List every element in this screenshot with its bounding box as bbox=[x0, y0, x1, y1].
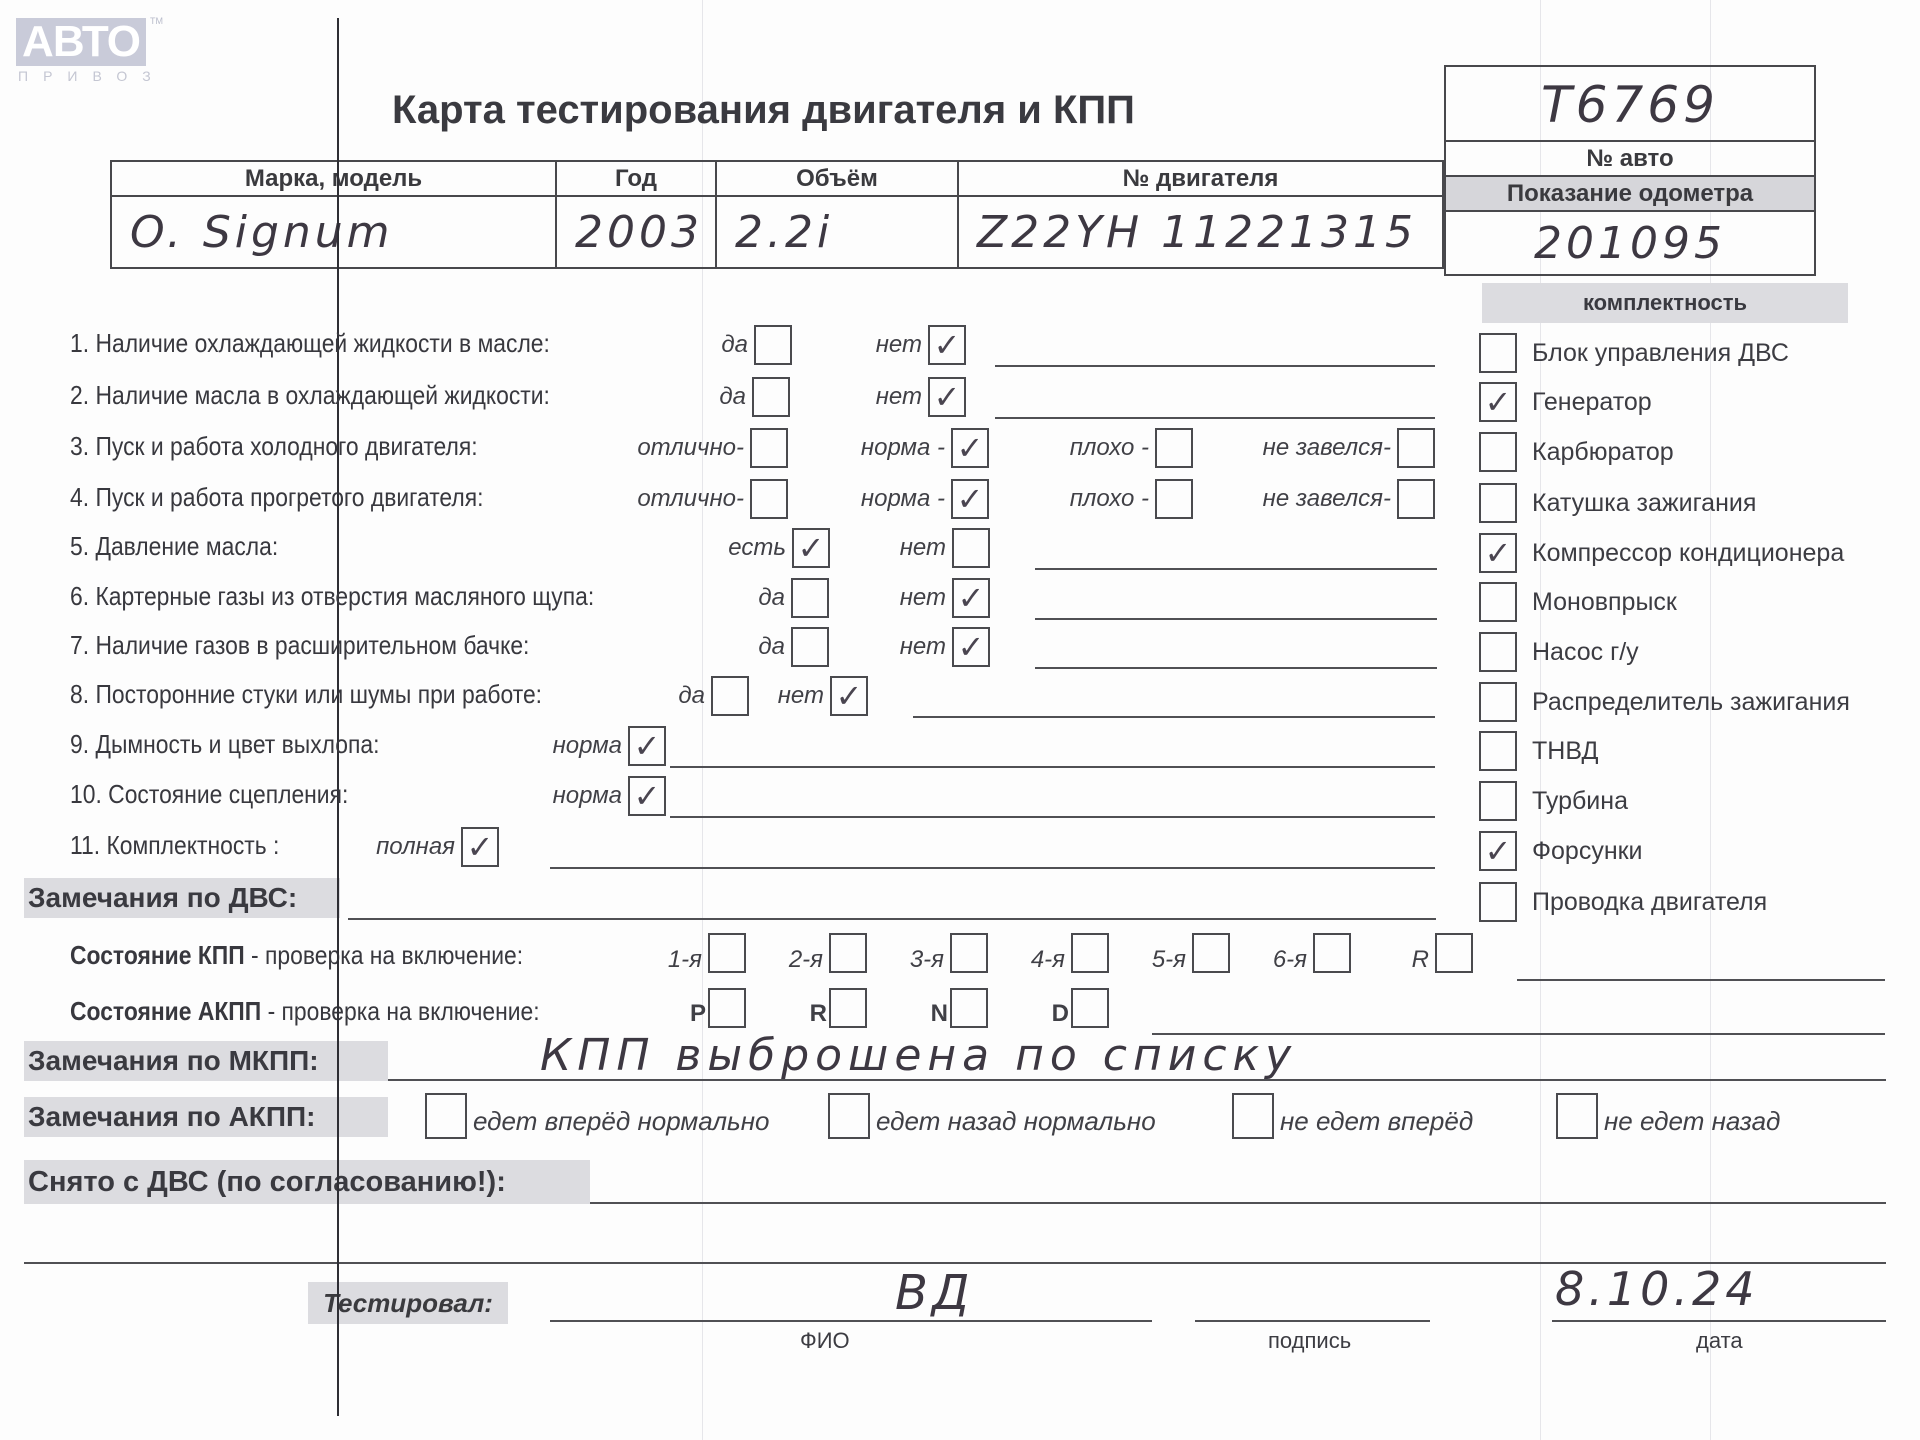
completeness-item-label: ТНВД bbox=[1532, 737, 1598, 766]
manual-remarks-line bbox=[388, 1079, 1886, 1081]
completeness-checkbox[interactable] bbox=[1479, 582, 1517, 622]
option-label: норма - bbox=[861, 434, 945, 462]
option-label: да bbox=[721, 331, 748, 359]
completeness-checkbox[interactable]: ✓ bbox=[1479, 382, 1517, 422]
engine-remarks-line[interactable] bbox=[348, 918, 1436, 920]
gear-checkbox[interactable] bbox=[1435, 933, 1473, 973]
option-checkbox[interactable]: ✓ bbox=[952, 627, 990, 667]
gear-label: 4-я bbox=[1031, 946, 1065, 974]
option-label: нет bbox=[900, 534, 946, 562]
gear-checkbox[interactable] bbox=[1313, 933, 1351, 973]
question-number: 5. bbox=[70, 531, 95, 561]
check-icon: ✓ bbox=[957, 429, 984, 467]
gear-label: D bbox=[1052, 1000, 1069, 1028]
gear-label: 3-я bbox=[910, 946, 944, 974]
manual-remarks-label: Замечания по МКПП: bbox=[24, 1041, 388, 1081]
question-label: 10. Состояние сцепления: bbox=[70, 779, 348, 810]
completeness-item-label: Распределитель зажигания bbox=[1532, 688, 1850, 717]
header-year: Год bbox=[556, 161, 716, 196]
completeness-item-label: Форсунки bbox=[1532, 837, 1643, 866]
question-number: 3. bbox=[70, 431, 95, 461]
logo-trademark: TM bbox=[150, 16, 163, 26]
option-label: отлично- bbox=[637, 485, 744, 513]
option-checkbox[interactable]: ✓ bbox=[951, 428, 989, 468]
question-number: 4. bbox=[70, 482, 95, 512]
auto-remark-checkbox[interactable] bbox=[828, 1093, 870, 1139]
gear-label: R bbox=[810, 1000, 827, 1028]
auto-remark-label: едет назад нормально bbox=[876, 1106, 1156, 1137]
completeness-item-label: Катушка зажигания bbox=[1532, 489, 1756, 518]
question-text: Наличие масла в охлаждающей жидкости: bbox=[95, 380, 549, 410]
question-number: 2. bbox=[70, 380, 95, 410]
option-label: плохо - bbox=[1070, 485, 1149, 513]
completeness-title: комплектность bbox=[1482, 283, 1848, 323]
option-label: не завелся- bbox=[1263, 485, 1391, 513]
question-text: Состояние сцепления: bbox=[108, 779, 348, 809]
page-title: Карта тестирования двигателя и КПП bbox=[392, 88, 1135, 133]
comment-line[interactable] bbox=[670, 816, 1435, 818]
option-checkbox[interactable] bbox=[711, 676, 749, 716]
question-text: Пуск и работа холодного двигателя: bbox=[95, 431, 477, 461]
option-label: нет bbox=[876, 331, 922, 359]
option-checkbox[interactable]: ✓ bbox=[628, 726, 666, 766]
gear-label: 2-я bbox=[789, 946, 823, 974]
option-label: не завелся- bbox=[1263, 434, 1391, 462]
signature-caption: подпись bbox=[1268, 1328, 1351, 1354]
gear-checkbox[interactable] bbox=[950, 988, 988, 1028]
comment-line[interactable] bbox=[670, 766, 1435, 768]
option-checkbox[interactable]: ✓ bbox=[928, 377, 966, 417]
option-label: плохо - bbox=[1070, 434, 1149, 462]
option-label: нет bbox=[900, 584, 946, 612]
question-label: 5. Давление масла: bbox=[70, 531, 278, 562]
option-checkbox[interactable] bbox=[1397, 479, 1435, 519]
tester-name-caption: ФИО bbox=[800, 1328, 850, 1354]
comment-line[interactable] bbox=[913, 716, 1435, 718]
completeness-item-label: Турбина bbox=[1532, 787, 1628, 816]
auto-remarks-label: Замечания по АКПП: bbox=[24, 1097, 388, 1137]
question-text: Комплектность : bbox=[106, 830, 279, 860]
check-icon: ✓ bbox=[634, 777, 661, 815]
car-box: T6769 № авто Показание одометра 201095 bbox=[1444, 65, 1816, 276]
check-icon: ✓ bbox=[798, 529, 825, 567]
gear-checkbox[interactable] bbox=[950, 933, 988, 973]
comment-line[interactable] bbox=[995, 365, 1435, 367]
header-model: Марка, модель bbox=[111, 161, 556, 196]
gear-checkbox[interactable] bbox=[708, 988, 746, 1028]
volume-value[interactable]: 2.2i bbox=[716, 196, 958, 268]
check-icon: ✓ bbox=[934, 326, 961, 364]
header-engine-number: № двигателя bbox=[958, 161, 1443, 196]
check-icon: ✓ bbox=[836, 677, 863, 715]
question-number: 11. bbox=[70, 830, 106, 860]
removed-parts-line[interactable] bbox=[590, 1202, 1886, 1204]
tester-name-line bbox=[550, 1320, 1152, 1322]
option-label: норма bbox=[553, 782, 622, 810]
comment-line[interactable] bbox=[1035, 568, 1437, 570]
signature-line[interactable] bbox=[1195, 1320, 1430, 1322]
odometer-label: Показание одометра bbox=[1446, 175, 1814, 210]
completeness-checkbox[interactable] bbox=[1479, 731, 1517, 771]
completeness-checkbox[interactable] bbox=[1479, 632, 1517, 672]
auto-remark-checkbox[interactable] bbox=[1556, 1093, 1598, 1139]
completeness-checkbox[interactable] bbox=[1479, 432, 1517, 472]
manual-gearbox-label: Состояние КПП - проверка на включение: bbox=[70, 940, 523, 971]
completeness-checkbox[interactable]: ✓ bbox=[1479, 831, 1517, 871]
year-value[interactable]: 2003 bbox=[556, 196, 716, 268]
option-checkbox[interactable] bbox=[750, 428, 788, 468]
gear-label: R bbox=[1412, 946, 1429, 974]
question-number: 8. bbox=[70, 679, 95, 709]
gear-checkbox[interactable] bbox=[829, 933, 867, 973]
question-number: 7. bbox=[70, 630, 95, 660]
completeness-item-label: Блок управления ДВС bbox=[1532, 339, 1789, 368]
completeness-checkbox[interactable] bbox=[1479, 483, 1517, 523]
completeness-checkbox[interactable] bbox=[1479, 781, 1517, 821]
option-checkbox[interactable] bbox=[1155, 428, 1193, 468]
check-icon: ✓ bbox=[1485, 832, 1512, 870]
option-checkbox[interactable] bbox=[791, 578, 829, 618]
auto-remark-checkbox[interactable] bbox=[425, 1093, 467, 1139]
option-label: нет bbox=[900, 633, 946, 661]
option-checkbox[interactable]: ✓ bbox=[952, 578, 990, 618]
option-checkbox[interactable] bbox=[952, 528, 990, 568]
option-label: нет bbox=[876, 383, 922, 411]
check-icon: ✓ bbox=[958, 628, 985, 666]
option-checkbox[interactable]: ✓ bbox=[928, 325, 966, 365]
completeness-checkbox[interactable] bbox=[1479, 333, 1517, 373]
question-label: 3. Пуск и работа холодного двигателя: bbox=[70, 431, 478, 462]
check-icon: ✓ bbox=[934, 378, 961, 416]
option-checkbox[interactable]: ✓ bbox=[461, 827, 499, 867]
question-label: 4. Пуск и работа прогретого двигателя: bbox=[70, 482, 483, 513]
completeness-checkbox[interactable]: ✓ bbox=[1479, 533, 1517, 573]
question-label: 6. Картерные газы из отверстия масляного… bbox=[70, 581, 594, 612]
gear-label: P bbox=[690, 1000, 706, 1028]
comment-line[interactable] bbox=[1035, 618, 1437, 620]
option-label: да bbox=[758, 633, 785, 661]
question-text: Давление масла: bbox=[95, 531, 278, 561]
date-value[interactable]: 8.10.24 bbox=[1555, 1262, 1759, 1316]
gear-checkbox[interactable] bbox=[829, 988, 867, 1028]
question-text: Наличие охлаждающей жидкости в масле: bbox=[95, 328, 549, 358]
question-label: 1. Наличие охлаждающей жидкости в масле: bbox=[70, 328, 550, 359]
auto-remark-label: не едет вперёд bbox=[1280, 1106, 1473, 1137]
question-number: 9. bbox=[70, 729, 95, 759]
odometer-value[interactable]: 201095 bbox=[1446, 210, 1814, 274]
option-label: есть bbox=[728, 534, 786, 562]
completeness-item-label: Карбюратор bbox=[1532, 438, 1674, 467]
car-number-value[interactable]: T6769 bbox=[1446, 67, 1814, 140]
question-number: 10. bbox=[70, 779, 108, 809]
manual-gearbox-line[interactable] bbox=[1517, 979, 1885, 981]
option-checkbox[interactable] bbox=[750, 479, 788, 519]
removed-parts-label: Снято с ДВС (по согласованию!): bbox=[24, 1160, 590, 1204]
completeness-checkbox[interactable] bbox=[1479, 882, 1517, 922]
auto-gearbox-label: Состояние АКПП - проверка на включение: bbox=[70, 996, 540, 1027]
logo: АВТО bbox=[16, 18, 146, 66]
completeness-item-label: Генератор bbox=[1532, 388, 1652, 417]
gear-checkbox[interactable] bbox=[1071, 933, 1109, 973]
option-checkbox[interactable] bbox=[791, 627, 829, 667]
completeness-checkbox[interactable] bbox=[1479, 682, 1517, 722]
header-volume: Объём bbox=[716, 161, 958, 196]
question-text: Пуск и работа прогретого двигателя: bbox=[95, 482, 483, 512]
check-icon: ✓ bbox=[957, 480, 984, 518]
check-icon: ✓ bbox=[634, 727, 661, 765]
scan-vertical-line bbox=[337, 18, 339, 1416]
check-icon: ✓ bbox=[958, 579, 985, 617]
auto-remark-checkbox[interactable] bbox=[1232, 1093, 1274, 1139]
auto-remark-label: едет вперёд нормально bbox=[473, 1106, 769, 1137]
option-checkbox[interactable] bbox=[754, 325, 792, 365]
option-label: нет bbox=[778, 682, 824, 710]
date-line bbox=[1552, 1320, 1886, 1322]
comment-line[interactable] bbox=[1035, 667, 1437, 669]
model-value[interactable]: O. Signum bbox=[111, 196, 556, 268]
option-label: норма - bbox=[861, 485, 945, 513]
question-text: Посторонние стуки или шумы при работе: bbox=[95, 679, 542, 709]
option-label: норма bbox=[553, 732, 622, 760]
question-text: Дымность и цвет выхлопа: bbox=[95, 729, 379, 759]
option-label: отлично- bbox=[637, 434, 744, 462]
completeness-item-label: Насос г/у bbox=[1532, 638, 1639, 667]
question-label: 11. Комплектность : bbox=[70, 830, 279, 861]
option-label: полная bbox=[376, 833, 455, 861]
question-label: 8. Посторонние стуки или шумы при работе… bbox=[70, 679, 542, 710]
option-checkbox[interactable] bbox=[752, 377, 790, 417]
option-checkbox[interactable] bbox=[1155, 479, 1193, 519]
manual-remarks-value[interactable]: КПП выброшена по списку bbox=[540, 1030, 1297, 1081]
vehicle-table: Марка, модель Год Объём № двигателя O. S… bbox=[110, 160, 1444, 269]
check-icon: ✓ bbox=[1485, 534, 1512, 572]
check-icon: ✓ bbox=[1485, 383, 1512, 421]
comment-line[interactable] bbox=[550, 867, 1435, 869]
check-icon: ✓ bbox=[467, 828, 494, 866]
option-checkbox[interactable] bbox=[1397, 428, 1435, 468]
gear-label: 6-я bbox=[1273, 946, 1307, 974]
question-label: 2. Наличие масла в охлаждающей жидкости: bbox=[70, 380, 550, 411]
date-caption: дата bbox=[1696, 1328, 1743, 1354]
question-text: Наличие газов в расширительном бачке: bbox=[95, 630, 529, 660]
option-label: да bbox=[678, 682, 705, 710]
gear-label: N bbox=[931, 1000, 948, 1028]
completeness-item-label: Проводка двигателя bbox=[1532, 888, 1767, 917]
question-label: 9. Дымность и цвет выхлопа: bbox=[70, 729, 379, 760]
tester-name-value[interactable]: ВД bbox=[895, 1265, 973, 1321]
logo-subtitle: ПРИВОЗ bbox=[18, 68, 166, 84]
gear-checkbox[interactable] bbox=[1071, 988, 1109, 1028]
option-label: да bbox=[719, 383, 746, 411]
option-checkbox[interactable]: ✓ bbox=[830, 676, 868, 716]
gear-checkbox[interactable] bbox=[708, 933, 746, 973]
gear-label: 5-я bbox=[1152, 946, 1186, 974]
engine-remarks-label: Замечания по ДВС: bbox=[24, 878, 340, 918]
option-label: да bbox=[758, 584, 785, 612]
completeness-item-label: Компрессор кондиционера bbox=[1532, 539, 1844, 568]
question-number: 1. bbox=[70, 328, 95, 358]
gear-label: 1-я bbox=[668, 946, 702, 974]
option-checkbox[interactable]: ✓ bbox=[792, 528, 830, 568]
auto-remark-label: не едет назад bbox=[1604, 1106, 1780, 1137]
completeness-item-label: Моновпрыск bbox=[1532, 588, 1677, 617]
gear-checkbox[interactable] bbox=[1192, 933, 1230, 973]
comment-line[interactable] bbox=[995, 417, 1435, 419]
option-checkbox[interactable]: ✓ bbox=[628, 776, 666, 816]
car-number-label: № авто bbox=[1446, 140, 1814, 175]
question-number: 6. bbox=[70, 581, 95, 611]
question-text: Картерные газы из отверстия масляного щу… bbox=[95, 581, 594, 611]
engine-number-value[interactable]: Z22YH 11221315 bbox=[958, 196, 1443, 268]
question-label: 7. Наличие газов в расширительном бачке: bbox=[70, 630, 529, 661]
option-checkbox[interactable]: ✓ bbox=[951, 479, 989, 519]
